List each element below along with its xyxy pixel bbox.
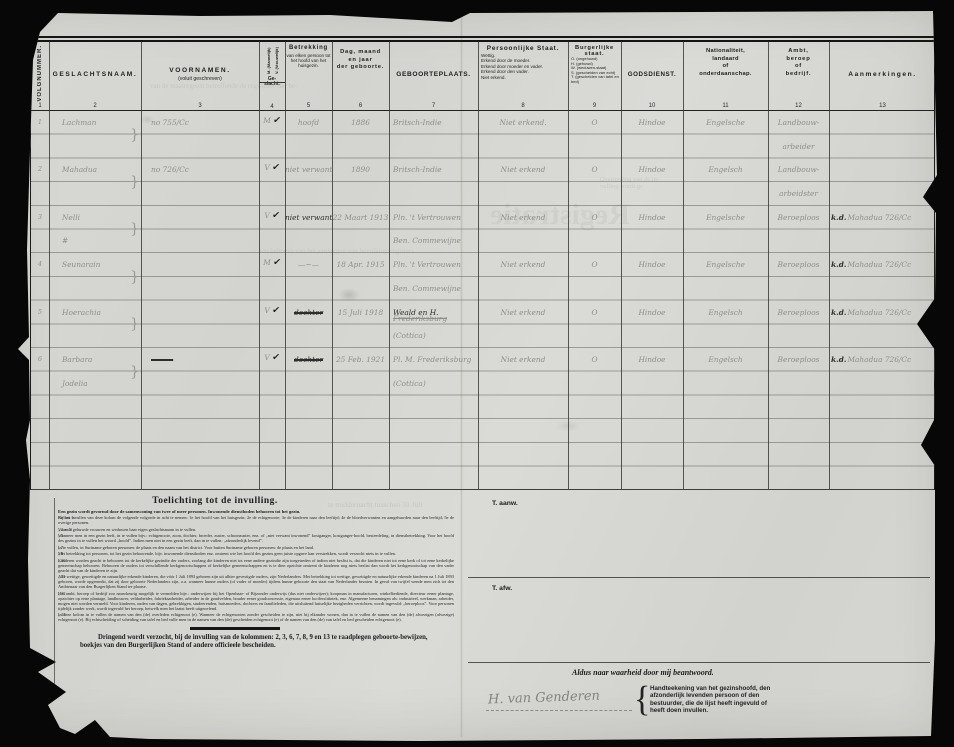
header-sublabel: (voluit geschreven): [178, 76, 222, 82]
kolom-text: Met betrekking tot personen, tot het gez…: [58, 551, 396, 556]
header-aanmerkingen: Aanmerkingen. 13: [829, 42, 936, 110]
cell-relation: dochter: [285, 301, 332, 325]
cell-sex: V✓: [259, 348, 285, 372]
header-label: of: [699, 63, 752, 71]
column-number: 13: [879, 103, 886, 109]
cell-beroep2: arbeider: [768, 135, 829, 159]
cell-bstaat: O: [568, 301, 621, 325]
toelichting-intro: Een gezin wordt gevormd door de samenwon…: [58, 509, 454, 514]
total-aanwezig-label: T. aanw.: [492, 500, 518, 507]
entry-brace: }: [49, 348, 141, 395]
cell-place2: Ben. Commewijne: [389, 229, 478, 253]
toelichting-item: „ 12 Het ambt, beroep of bedrijf zoo nau…: [58, 591, 454, 611]
checkmark-icon: ✓: [271, 210, 280, 220]
sex-letter: M: [263, 258, 271, 267]
cell-place2: Ben. Commewijne: [389, 277, 478, 301]
cell-nat: Engelsche: [683, 253, 768, 277]
cell-beroep: Beroeploos: [768, 348, 829, 372]
cell-beroep: Beroeploos: [768, 253, 829, 277]
kolom-text: In deze kolom in te vullen de namen van …: [58, 612, 454, 622]
header-voornamen: VOORNAMEN. (voluit geschreven) 3: [141, 42, 259, 110]
signature-handwriting: H. van Genderen: [488, 688, 630, 708]
header-label: GESLACHTSNAAM.: [53, 71, 138, 78]
checkmark-icon: ✓: [271, 163, 280, 173]
header-geslachtsnaam: GESLACHTSNAAM. 2: [49, 42, 141, 110]
cell-pstaat: Niet erkend: [478, 158, 568, 182]
column-number: 8: [521, 103, 524, 109]
paper-sheet: Model A. Registratie van de maatregelen …: [0, 0, 954, 747]
entry-brace: }: [49, 111, 141, 158]
table-header-row: VOLGNUMMER. 1 GESLACHTSNAAM. 2 VOORNAMEN…: [31, 42, 934, 111]
cell-place2: (Cottica): [389, 324, 478, 348]
header-label: landaard: [699, 56, 752, 64]
cell-place: Britsch-Indie: [389, 111, 478, 135]
cell-date: 1890: [332, 158, 389, 182]
checkmark-icon: ✓: [271, 305, 280, 315]
column-number: 1: [38, 103, 41, 109]
kolom-text: Alle wettige, gewettigde en natuurlijke …: [58, 574, 454, 589]
header-burgerlijke-staat: Burgerlijke staat. O. (ongehuwd) H. (geh…: [568, 42, 621, 110]
cell-place: Britsch-Indie: [389, 158, 478, 182]
header-label: GEBOORTEPLAATS.: [396, 71, 470, 78]
toelichting-item: „ 10 Kinderen worden geacht te behooren …: [58, 558, 454, 573]
kolom-label: Kolom 1: [58, 515, 80, 520]
cell-num: 3: [31, 206, 49, 230]
header-label: Betrekking: [286, 45, 331, 53]
top-double-rule: [30, 36, 935, 38]
header-beroep: Ambt, beroep of bedrijf. 12: [768, 42, 829, 110]
column-number: 7: [432, 103, 435, 109]
toelichting-item: „ 2 en 3 Voor de gehuwde vrouwen en wedu…: [58, 527, 454, 532]
cell-beroep: Beroeploos: [768, 206, 829, 230]
signature-divider: [468, 662, 930, 663]
header-label: beroep: [786, 56, 812, 64]
toelichting-item: „ 5 Wanneer men in een gezin leeft, in t…: [58, 533, 454, 543]
cell-godsdienst: Hindoe: [621, 348, 683, 372]
cell-beroep: Beroeploos: [768, 301, 829, 325]
cell-date: 15 Juli 1918: [332, 301, 389, 325]
header-mv: M. (Mannelijk) V. (Vrouwelijk): [259, 42, 285, 75]
header-label: GODSDIENST.: [628, 71, 677, 78]
entry-brace: }: [49, 206, 141, 253]
kolom-label: „ 5: [58, 533, 80, 538]
cell-date: 22 Maart 1913: [332, 206, 389, 230]
cell-nat: Engelsche: [683, 111, 768, 135]
header-godsdienst: GODSDIENST. 10: [621, 42, 683, 110]
header-nationaliteit: Nationaliteit, landaard of onderdaanscha…: [683, 42, 768, 110]
cell-num: 5: [31, 301, 49, 325]
cell-place-struck: Frederiksburg: [389, 301, 478, 325]
cell-pstaat: Niet erkend: [478, 301, 568, 325]
kolom-text: Wanneer men in een gezin leeft, in te vu…: [58, 533, 454, 543]
aanmerking-mark: k.d.: [831, 213, 846, 222]
cell-godsdienst: Hindoe: [621, 206, 683, 230]
cell-pstaat: Niet erkend: [478, 206, 568, 230]
cell-date: 1886: [332, 111, 389, 135]
column-number: 6: [359, 103, 362, 109]
aanmerking-text: Mahadua 726/Cc: [847, 308, 911, 317]
totals-divider: [468, 577, 930, 578]
cell-aanm: k.d.Mahadua 726/Cc: [829, 206, 936, 230]
cell-num: 2: [31, 158, 49, 182]
cell-relation: niet verwant: [285, 206, 332, 230]
checkmark-icon: ✓: [272, 115, 281, 125]
entry-brace: }: [49, 301, 141, 348]
toelichting-footer: Dringend wordt verzocht, bij de invullin…: [80, 634, 450, 651]
cell-sex: V✓: [259, 206, 285, 230]
column-number: 2: [93, 103, 96, 109]
cell-voornamen: no 726/Cc: [141, 158, 259, 182]
kolom-label: „ 8: [58, 551, 80, 556]
header-label: Nationaliteit,: [699, 48, 752, 56]
header-v: V. (Vrouwelijk): [274, 44, 279, 74]
kolom-label: „ 7: [58, 545, 80, 550]
kolom-label: „ 13: [58, 612, 80, 617]
toelichting-item: „ 8 Met betrekking tot personen, tot het…: [58, 551, 454, 556]
cell-nat: Engelsch: [683, 348, 768, 372]
header-geslacht: M. (Mannelijk) V. (Vrouwelijk) Ge- slach…: [259, 42, 285, 110]
kolom-label: „ 10: [58, 558, 80, 563]
toelichting-items: Kolom 1 Bij het invullen van deze kolom …: [58, 515, 454, 622]
header-label: der geboorte.: [337, 64, 384, 72]
entry-brace: }: [49, 253, 141, 300]
cell-beroep: Landbouw-: [768, 111, 829, 135]
cell-bstaat: O: [568, 111, 621, 135]
header-label: Dag, maand: [337, 49, 384, 57]
cell-pstaat: Niet erkend: [478, 348, 568, 372]
column-number: 4: [270, 104, 273, 110]
census-table: VOLGNUMMER. 1 GESLACHTSNAAM. 2 VOORNAMEN…: [30, 40, 935, 490]
cell-pstaat: Niet erkend: [478, 253, 568, 277]
header-label: Aanmerkingen.: [848, 71, 916, 78]
truth-statement: Aldus naar waarheid door mij beantwoord.: [572, 668, 714, 677]
cell-voornamen: ———: [141, 348, 259, 372]
cell-sex: V✓: [259, 301, 285, 325]
aanmerking-mark: k.d.: [831, 260, 846, 269]
cell-num: 6: [31, 348, 49, 372]
cell-nat: Engelsch: [683, 158, 768, 182]
cell-relation: dochter: [285, 348, 332, 372]
kolom-label: „ 11: [58, 574, 80, 579]
header-label: Ambt,: [786, 48, 812, 56]
separator-rule: [190, 627, 280, 630]
sex-letter: V: [264, 306, 269, 315]
header-label: of: [786, 63, 812, 71]
aanmerking-text: Mahadua 726/Cc: [847, 260, 911, 269]
header-geboortedatum: Dag, maand en jaar der geboorte. 6: [332, 42, 389, 110]
signature-line: [486, 710, 632, 711]
cell-nat: Engelsche: [683, 206, 768, 230]
table-body: 1Lachmanno 755/CcM✓hoofd1886Britsch-Indi…: [31, 111, 934, 490]
header-label: slacht.: [264, 82, 280, 87]
header-label: bedrijf.: [786, 71, 812, 79]
sex-letter: V: [264, 353, 269, 362]
cell-bstaat: O: [568, 206, 621, 230]
aanmerking-mark: k.d.: [831, 355, 846, 364]
bleedthrough-text: Model A.: [388, 10, 418, 19]
header-geboorteplaats: GEBOORTEPLAATS. 7: [389, 42, 478, 110]
header-persoonlijke-staat: Persoonlijke Staat. Wettig. Erkend door …: [478, 42, 568, 110]
entry-brace: }: [49, 158, 141, 205]
aanmerking-text: Mahadua 726/Cc: [847, 213, 911, 222]
cell-voornamen: no 755/Cc: [141, 111, 259, 135]
cell-place: Pln. 't Vertrouwen: [389, 206, 478, 230]
toelichting-section: Toelichting tot de invulling. Een gezin …: [30, 492, 458, 651]
column-number: 5: [307, 103, 310, 109]
kolom-text: Kinderen worden geacht te behooren tot d…: [58, 558, 454, 573]
column-number: 3: [198, 103, 201, 109]
checkmark-icon: ✓: [272, 258, 281, 268]
column-number: 9: [593, 103, 596, 109]
kolom-label: „ 12: [58, 591, 80, 596]
cell-pstaat: Niet erkend.: [478, 111, 568, 135]
total-afwezig-label: T. afw.: [492, 585, 512, 592]
header-label: onderdaanschap.: [699, 71, 752, 79]
cell-num: 4: [31, 253, 49, 277]
kolom-text: Bij het invullen van deze kolom de volge…: [58, 515, 454, 525]
signature-caption: Handteekening van het gezinshoofd, den a…: [650, 685, 778, 715]
toelichting-item: „ 13 In deze kolom in te vullen de namen…: [58, 612, 454, 622]
cell-aanm: k.d.Mahadua 726/Cc: [829, 348, 936, 372]
toelichting-item: „ 7 In te vullen, in Suriname geboren pe…: [58, 545, 454, 550]
cell-place: Pl. M. Frederiksburg: [389, 348, 478, 372]
margin-rule: [54, 498, 55, 696]
kolom-text: In te vullen, in Suriname geboren person…: [58, 545, 314, 550]
header-option: Niet erkend.: [481, 75, 567, 81]
header-betrekking: Betrekking van elken persoon tot het hoo…: [285, 42, 332, 110]
cell-godsdienst: Hindoe: [621, 301, 683, 325]
sex-letter: M: [263, 116, 271, 125]
header-sublabel: van elken persoon tot het hoofd van het …: [286, 53, 331, 69]
cell-sex: M✓: [259, 253, 285, 277]
sex-letter: V: [264, 211, 269, 220]
cell-place2: (Cottica): [389, 372, 478, 396]
cell-sex: M✓: [259, 111, 285, 135]
cell-num: 1: [31, 111, 49, 135]
cell-nat: Engelsch: [683, 301, 768, 325]
column-number: 10: [649, 103, 656, 109]
aanmerking-text: Mahadua 726/Cc: [847, 355, 911, 364]
cell-godsdienst: Hindoe: [621, 111, 683, 135]
cell-relation: —~—: [285, 253, 332, 277]
cell-bstaat: O: [568, 158, 621, 182]
cell-godsdienst: Hindoe: [621, 253, 683, 277]
header-option: T. (gescheiden van tafel en bed): [571, 75, 620, 84]
kolom-text: Het ambt, beroep of bedrijf zoo nauwkeur…: [58, 591, 454, 611]
column-number: 11: [722, 103, 728, 109]
cell-aanm: k.d.Mahadua 726/Cc: [829, 301, 936, 325]
cell-relation: niet verwant: [285, 158, 332, 182]
cell-date: 18 Apr. 1915: [332, 253, 389, 277]
sex-letter: V: [264, 163, 269, 172]
cell-beroep2: arbeidster: [768, 182, 829, 206]
header-volgnummer: VOLGNUMMER. 1: [31, 42, 49, 110]
cell-place: Pln. 't Vertrouwen: [389, 253, 478, 277]
scanned-census-form: { "glyphs": { "check": "✓", "brace": "}"…: [0, 0, 954, 747]
header-label: Persoonlijke Staat.: [479, 45, 567, 53]
cell-date: 25 Feb. 1921: [332, 348, 389, 372]
checkmark-icon: ✓: [271, 352, 280, 362]
cell-aanm: k.d.Mahadua 726/Cc: [829, 253, 936, 277]
column-number: 12: [795, 103, 802, 109]
cell-relation: hoofd: [285, 111, 332, 135]
aanmerking-mark: k.d.: [831, 308, 846, 317]
kolom-label: „ 2 en 3: [58, 527, 80, 532]
header-label: VOLGNUMMER.: [37, 45, 43, 102]
cell-bstaat: O: [568, 348, 621, 372]
cell-beroep: Landbouw-: [768, 158, 829, 182]
toelichting-item: „ 11 Alle wettige, gewettigde en natuurl…: [58, 574, 454, 589]
header-label: VOORNAMEN.: [169, 67, 230, 74]
cell-bstaat: O: [568, 253, 621, 277]
toelichting-title: Toelichting tot de invulling.: [90, 496, 340, 506]
toelichting-item: Kolom 1 Bij het invullen van deze kolom …: [58, 515, 454, 525]
header-label: en jaar: [337, 57, 384, 65]
caption-brace: {: [634, 680, 650, 720]
cell-sex: V✓: [259, 158, 285, 182]
cell-godsdienst: Hindoe: [621, 158, 683, 182]
header-m: M. (Mannelijk): [266, 44, 271, 74]
